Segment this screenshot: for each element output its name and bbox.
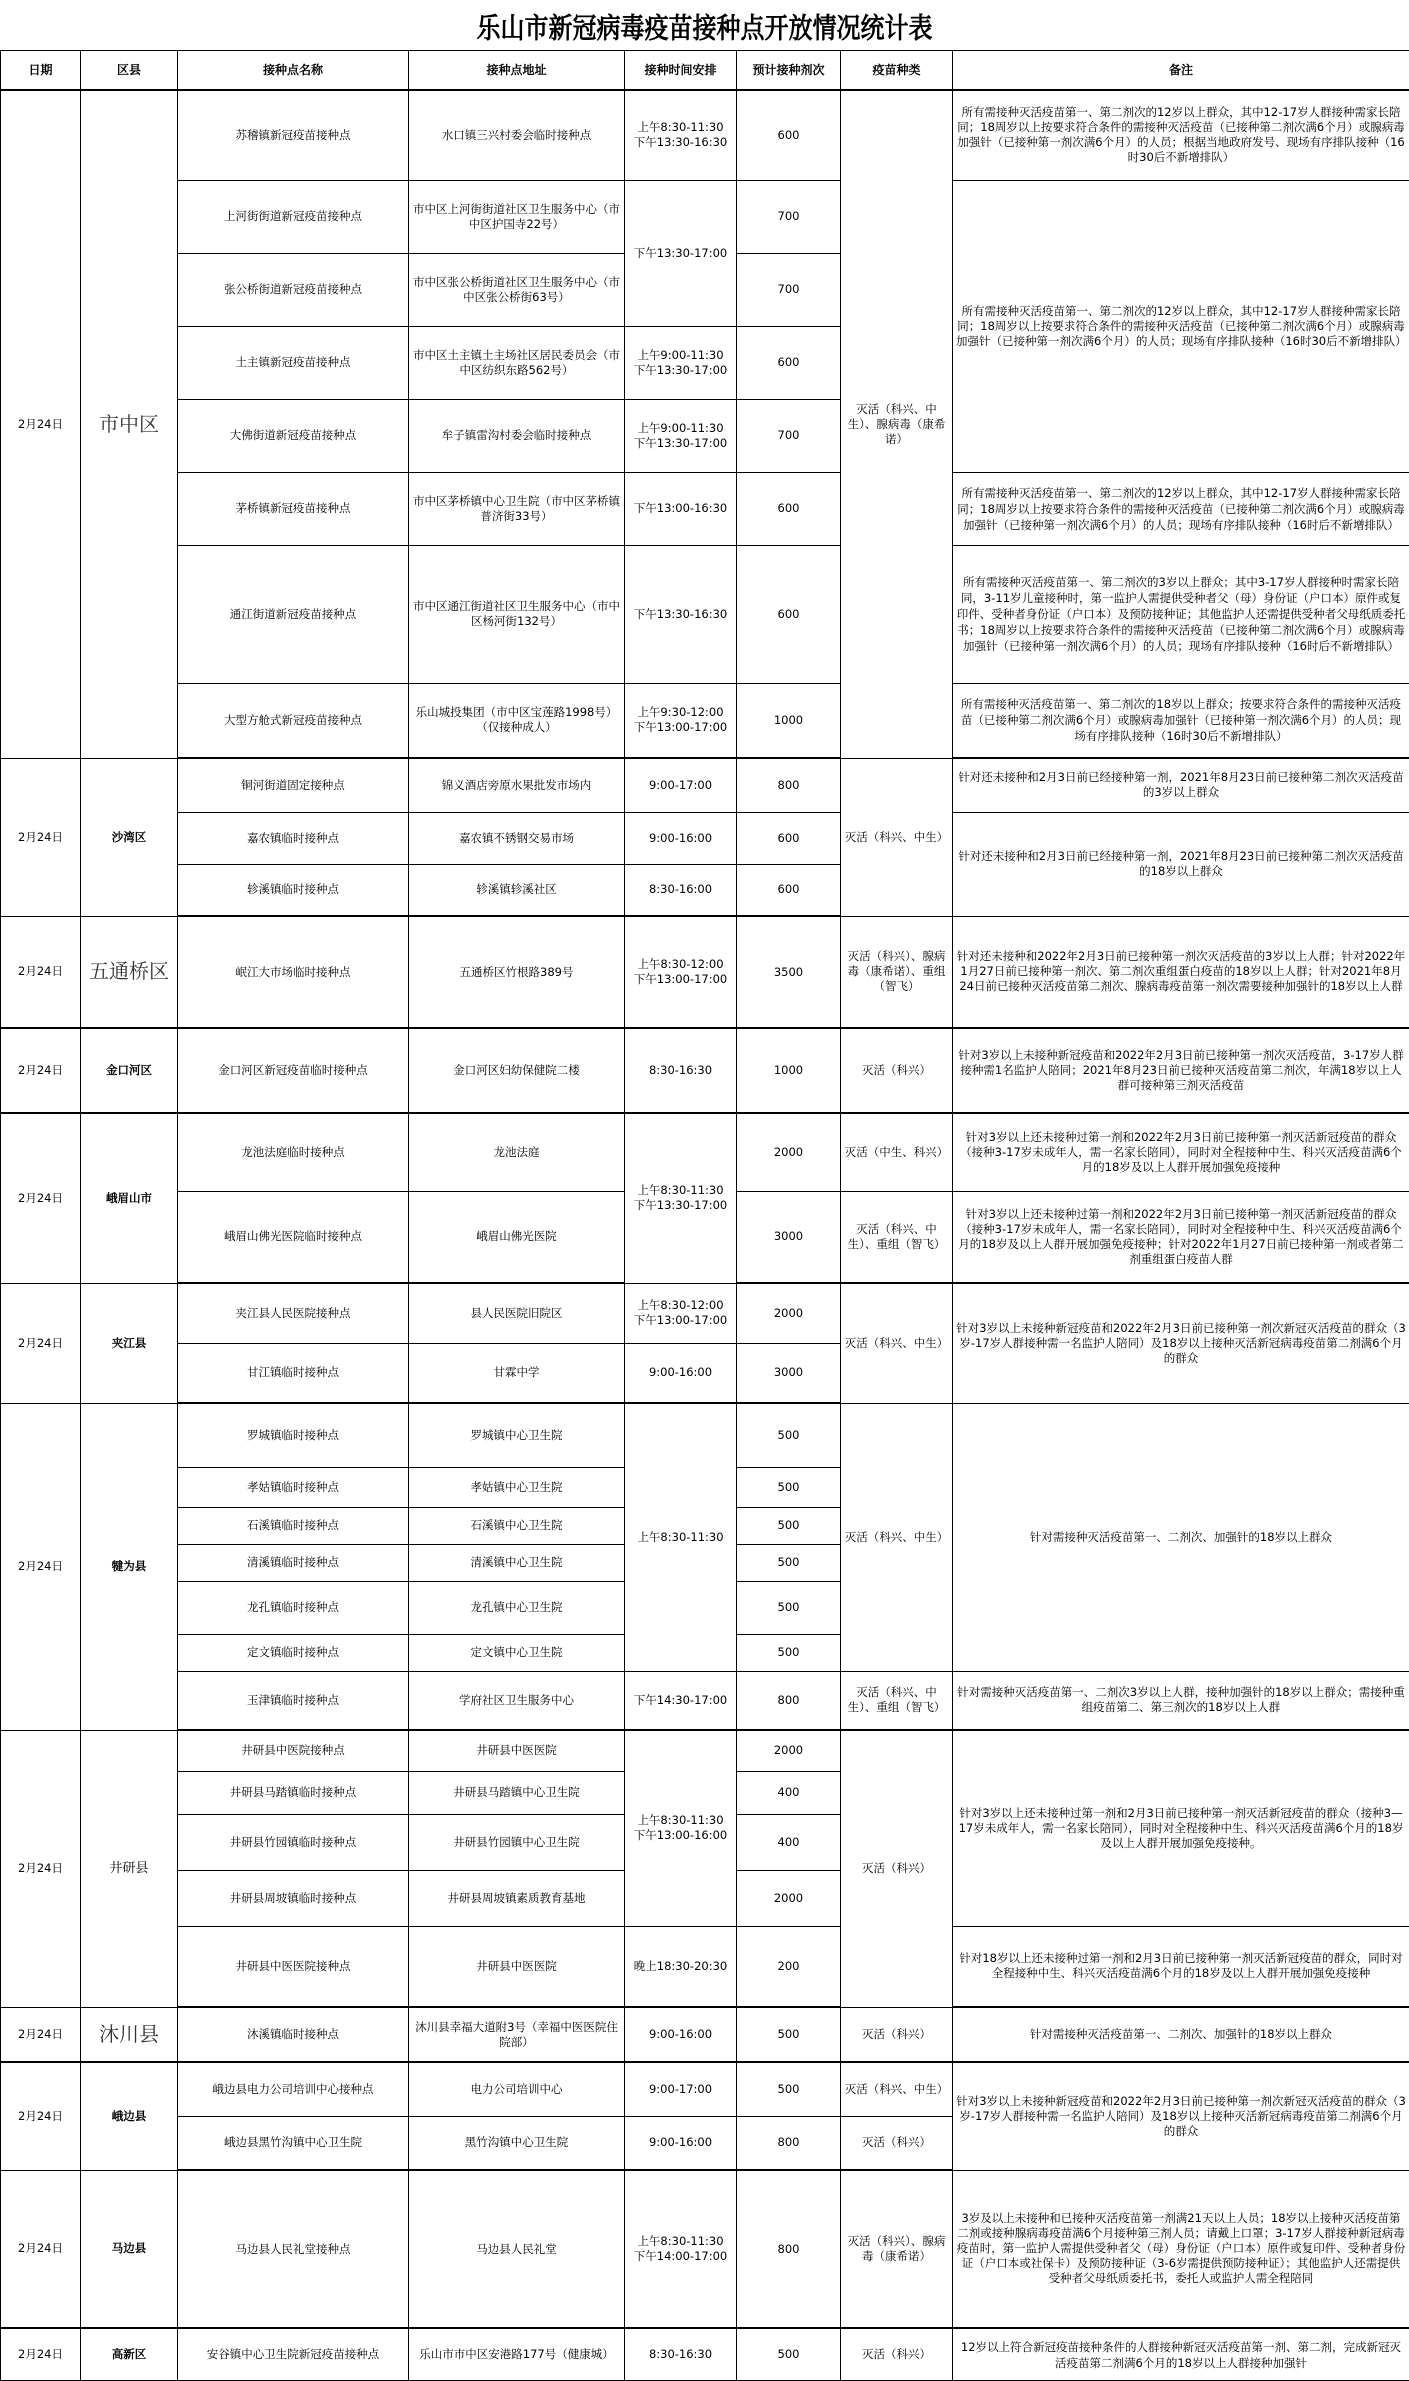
planned-doses: 800 bbox=[737, 2116, 841, 2170]
site-address: 市中区通江街道社区卫生服务中心（市中区杨河街132号） bbox=[409, 545, 625, 683]
notes-cell: 所有需接种灭活疫苗第一、第二剂次的12岁以上群众，其中12-17岁人群接种需家长… bbox=[953, 90, 1409, 180]
date-cell: 2月24日 bbox=[1, 90, 81, 758]
table-row: 2月24日 高新区 安谷镇中心卫生院新冠疫苗接种点 乐山市市中区安港路177号（… bbox=[1, 2328, 1409, 2381]
site-address: 市中区茅桥镇中心卫生院（市中区茅桥镇普济街33号） bbox=[409, 472, 625, 545]
site-name: 清溪镇临时接种点 bbox=[178, 1544, 409, 1581]
vaccine-type: 灭活（科兴） bbox=[841, 1730, 953, 2007]
site-name: 嘉农镇临时接种点 bbox=[178, 812, 409, 864]
table-row: 2月24日 沐川县 沐溪镇临时接种点 沐川县幸福大道附3号（幸福中医医院住院部）… bbox=[1, 2007, 1409, 2062]
vaccination-sites-table: 日期 区县 接种点名称 接种点地址 接种时间安排 预计接种剂次 疫苗种类 备注 … bbox=[0, 50, 1409, 2381]
planned-doses: 3000 bbox=[737, 1343, 841, 1403]
site-name: 井研县中医医院接种点 bbox=[178, 1926, 409, 2007]
notes-cell: 针对3岁以上还未接种过第一剂和2月3日前已接种第一剂灭活新冠疫苗的群众（接种3—… bbox=[953, 1730, 1409, 1926]
vaccine-type: 灭活（科兴、中生） bbox=[841, 2062, 953, 2116]
planned-doses: 800 bbox=[737, 1671, 841, 1730]
planned-doses: 500 bbox=[737, 2328, 841, 2381]
planned-doses: 500 bbox=[737, 1507, 841, 1544]
notes-cell: 针对需接种灭活疫苗第一、二剂次、加强针的18岁以上群众 bbox=[953, 2007, 1409, 2062]
site-name: 龙池法庭临时接种点 bbox=[178, 1113, 409, 1191]
site-address: 牟子镇雷沟村委会临时接种点 bbox=[409, 399, 625, 472]
table-row: 茅桥镇新冠疫苗接种点 市中区茅桥镇中心卫生院（市中区茅桥镇普济街33号） 下午1… bbox=[1, 472, 1409, 545]
header-planned-doses: 预计接种剂次 bbox=[737, 51, 841, 91]
notes-cell: 针对还未接种和2022年2月3日前已接种第一剂次灭活疫苗的3岁以上人群；针对20… bbox=[953, 916, 1409, 1028]
site-address: 定文镇中心卫生院 bbox=[409, 1634, 625, 1671]
site-address: 电力公司培训中心 bbox=[409, 2062, 625, 2116]
site-address: 孝姑镇中心卫生院 bbox=[409, 1467, 625, 1507]
site-name: 龙孔镇临时接种点 bbox=[178, 1581, 409, 1634]
planned-doses: 2000 bbox=[737, 1730, 841, 1771]
vaccine-type: 灭活（科兴） bbox=[841, 2116, 953, 2170]
district-cell: 夹江县 bbox=[81, 1283, 178, 1403]
header-schedule: 接种时间安排 bbox=[625, 51, 737, 91]
planned-doses: 2000 bbox=[737, 1283, 841, 1343]
table-row: 2月24日 五通桥区 岷江大市场临时接种点 五通桥区竹根路389号 上午8:30… bbox=[1, 916, 1409, 1028]
schedule: 9:00-16:00 bbox=[625, 812, 737, 864]
schedule: 9:00-17:00 bbox=[625, 758, 737, 812]
date-cell: 2月24日 bbox=[1, 916, 81, 1028]
district-cell: 五通桥区 bbox=[81, 916, 178, 1028]
site-name: 峨眉山佛光医院临时接种点 bbox=[178, 1191, 409, 1283]
planned-doses: 500 bbox=[737, 1403, 841, 1467]
schedule: 上午8:30-12:00 下午13:00-17:00 bbox=[625, 1283, 737, 1343]
site-address: 井研县中医医院 bbox=[409, 1730, 625, 1771]
site-name: 孝姑镇临时接种点 bbox=[178, 1467, 409, 1507]
planned-doses: 500 bbox=[737, 2007, 841, 2062]
schedule: 上午9:00-11:30 下午13:30-17:00 bbox=[625, 326, 737, 399]
planned-doses: 600 bbox=[737, 90, 841, 180]
notes-cell: 针对18岁以上还未接种过第一剂和2月3日前已接种第一剂灭活新冠疫苗的群众，同时对… bbox=[953, 1926, 1409, 2007]
date-cell: 2月24日 bbox=[1, 1730, 81, 2007]
table-row: 2月24日 峨边县 峨边县电力公司培训中心接种点 电力公司培训中心 9:00-1… bbox=[1, 2062, 1409, 2116]
schedule: 下午13:00-16:30 bbox=[625, 472, 737, 545]
schedule: 上午8:30-11:30 下午13:30-17:00 bbox=[625, 1113, 737, 1283]
planned-doses: 1000 bbox=[737, 683, 841, 758]
site-name: 金口河区新冠疫苗临时接种点 bbox=[178, 1028, 409, 1113]
schedule: 晚上18:30-20:30 bbox=[625, 1926, 737, 2007]
schedule: 8:30-16:30 bbox=[625, 2328, 737, 2381]
planned-doses: 600 bbox=[737, 472, 841, 545]
notes-cell: 针对3岁以上未接种新冠疫苗和2022年2月3日前已接种第一剂次新冠灭活疫苗的群众… bbox=[953, 1283, 1409, 1403]
site-name: 井研县马踏镇临时接种点 bbox=[178, 1771, 409, 1814]
table-row: 2月24日 金口河区 金口河区新冠疫苗临时接种点 金口河区妇幼保健院二楼 8:3… bbox=[1, 1028, 1409, 1113]
schedule: 9:00-16:00 bbox=[625, 2007, 737, 2062]
site-name: 峨边县电力公司培训中心接种点 bbox=[178, 2062, 409, 2116]
site-address: 清溪镇中心卫生院 bbox=[409, 1544, 625, 1581]
site-name: 玉津镇临时接种点 bbox=[178, 1671, 409, 1730]
planned-doses: 400 bbox=[737, 1814, 841, 1870]
site-name: 井研县竹园镇临时接种点 bbox=[178, 1814, 409, 1870]
planned-doses: 200 bbox=[737, 1926, 841, 2007]
site-address: 马边县人民礼堂 bbox=[409, 2170, 625, 2328]
table-row: 2月24日 夹江县 夹江县人民医院接种点 县人民医院旧院区 上午8:30-12:… bbox=[1, 1283, 1409, 1343]
schedule: 下午14:30-17:00 bbox=[625, 1671, 737, 1730]
vaccine-type: 灭活（中生、科兴） bbox=[841, 1113, 953, 1191]
vaccine-type: 灭活（科兴）、腺病毒（康希诺） bbox=[841, 2170, 953, 2328]
site-name: 石溪镇临时接种点 bbox=[178, 1507, 409, 1544]
notes-cell: 针对需接种灭活疫苗第一、二剂次3岁以上人群，接种加强针的18岁以上群众；需接种重… bbox=[953, 1671, 1409, 1730]
site-name: 罗城镇临时接种点 bbox=[178, 1403, 409, 1467]
notes-cell: 针对还未接种和2月3日前已经接种第一剂，2021年8月23日前已接种第二剂次灭活… bbox=[953, 812, 1409, 916]
planned-doses: 1000 bbox=[737, 1028, 841, 1113]
site-address: 学府社区卫生服务中心 bbox=[409, 1671, 625, 1730]
schedule: 下午13:30-17:00 bbox=[625, 180, 737, 326]
site-name: 井研县中医院接种点 bbox=[178, 1730, 409, 1771]
schedule: 上午8:30-11:30 bbox=[625, 1403, 737, 1671]
vaccine-type: 灭活（科兴） bbox=[841, 2007, 953, 2062]
table-row: 大型方舱式新冠疫苗接种点 乐山城投集团（市中区宝莲路1998号）（仅接种成人） … bbox=[1, 683, 1409, 758]
site-name: 马边县人民礼堂接种点 bbox=[178, 2170, 409, 2328]
site-address: 乐山城投集团（市中区宝莲路1998号）（仅接种成人） bbox=[409, 683, 625, 758]
planned-doses: 800 bbox=[737, 2170, 841, 2328]
site-name: 轸溪镇临时接种点 bbox=[178, 864, 409, 916]
planned-doses: 600 bbox=[737, 545, 841, 683]
table-row: 2月24日 马边县 马边县人民礼堂接种点 马边县人民礼堂 上午8:30-11:3… bbox=[1, 2170, 1409, 2328]
vaccine-type: 灭活（科兴） bbox=[841, 2328, 953, 2381]
notes-cell: 针对还未接种和2月3日前已经接种第一剂，2021年8月23日前已接种第二剂次灭活… bbox=[953, 758, 1409, 812]
site-address: 峨眉山佛光医院 bbox=[409, 1191, 625, 1283]
date-cell: 2月24日 bbox=[1, 1283, 81, 1403]
site-address: 龙孔镇中心卫生院 bbox=[409, 1581, 625, 1634]
table-row: 2月24日 井研县 井研县中医院接种点 井研县中医医院 上午8:30-11:30… bbox=[1, 1730, 1409, 1771]
planned-doses: 2000 bbox=[737, 1113, 841, 1191]
site-address: 井研县中医医院 bbox=[409, 1926, 625, 2007]
planned-doses: 700 bbox=[737, 253, 841, 326]
site-address: 县人民医院旧院区 bbox=[409, 1283, 625, 1343]
schedule: 上午8:30-11:30 下午13:00-16:00 bbox=[625, 1730, 737, 1926]
table-row: 嘉农镇临时接种点 嘉农镇不锈钢交易市场 9:00-16:00 600 针对还未接… bbox=[1, 812, 1409, 864]
planned-doses: 500 bbox=[737, 1544, 841, 1581]
schedule: 上午9:30-12:00 下午13:00-17:00 bbox=[625, 683, 737, 758]
planned-doses: 700 bbox=[737, 399, 841, 472]
district-cell: 峨边县 bbox=[81, 2062, 178, 2170]
district-cell: 市中区 bbox=[81, 90, 178, 758]
district-cell: 金口河区 bbox=[81, 1028, 178, 1113]
table-row: 通江街道新冠疫苗接种点 市中区通江街道社区卫生服务中心（市中区杨河街132号） … bbox=[1, 545, 1409, 683]
header-district: 区县 bbox=[81, 51, 178, 91]
vaccine-type: 灭活（科兴） bbox=[841, 1028, 953, 1113]
site-address: 金口河区妇幼保健院二楼 bbox=[409, 1028, 625, 1113]
schedule: 9:00-16:00 bbox=[625, 1343, 737, 1403]
date-cell: 2月24日 bbox=[1, 1403, 81, 1730]
notes-cell: 针对3岁以上未接种新冠疫苗和2022年2月3日前已接种第一剂次灭活疫苗，3-17… bbox=[953, 1028, 1409, 1113]
district-cell: 沐川县 bbox=[81, 2007, 178, 2062]
header-site-address: 接种点地址 bbox=[409, 51, 625, 91]
schedule: 下午13:30-16:30 bbox=[625, 545, 737, 683]
site-name: 井研县周坡镇临时接种点 bbox=[178, 1870, 409, 1926]
site-address: 五通桥区竹根路389号 bbox=[409, 916, 625, 1028]
vaccine-type: 灭活（科兴、中生） bbox=[841, 1403, 953, 1671]
site-name: 大佛街道新冠疫苗接种点 bbox=[178, 399, 409, 472]
schedule: 8:30-16:30 bbox=[625, 1028, 737, 1113]
planned-doses: 3500 bbox=[737, 916, 841, 1028]
notes-cell: 针对3岁以上还未接种过第一剂和2022年2月3日前已接种第一剂灭活新冠疫苗的群众… bbox=[953, 1191, 1409, 1283]
schedule: 上午8:30-11:30 下午14:00-17:00 bbox=[625, 2170, 737, 2328]
site-name: 安谷镇中心卫生院新冠疫苗接种点 bbox=[178, 2328, 409, 2381]
site-address: 沐川县幸福大道附3号（幸福中医医院住院部） bbox=[409, 2007, 625, 2062]
date-cell: 2月24日 bbox=[1, 1028, 81, 1113]
vaccine-type: 灭活（科兴、中生）、腺病毒（康希诺） bbox=[841, 90, 953, 758]
site-name: 峨边县黑竹沟镇中心卫生院 bbox=[178, 2116, 409, 2170]
district-cell: 高新区 bbox=[81, 2328, 178, 2381]
district-cell: 峨眉山市 bbox=[81, 1113, 178, 1283]
site-name: 铜河街道固定接种点 bbox=[178, 758, 409, 812]
site-name: 上河街街道新冠疫苗接种点 bbox=[178, 180, 409, 253]
date-cell: 2月24日 bbox=[1, 2007, 81, 2062]
planned-doses: 600 bbox=[737, 864, 841, 916]
vaccine-type: 灭活（科兴、中生） bbox=[841, 758, 953, 916]
site-address: 井研县周坡镇素质教育基地 bbox=[409, 1870, 625, 1926]
page-title: 乐山市新冠病毒疫苗接种点开放情况统计表 bbox=[0, 0, 1409, 54]
site-address: 龙池法庭 bbox=[409, 1113, 625, 1191]
date-cell: 2月24日 bbox=[1, 758, 81, 916]
site-address: 乐山市市中区安港路177号（健康城） bbox=[409, 2328, 625, 2381]
site-name: 土主镇新冠疫苗接种点 bbox=[178, 326, 409, 399]
notes-cell: 所有需接种灭活疫苗第一、第二剂次的18岁以上群众；按要求符合条件的需接种灭活疫苗… bbox=[953, 683, 1409, 758]
planned-doses: 500 bbox=[737, 1467, 841, 1507]
date-cell: 2月24日 bbox=[1, 2328, 81, 2381]
schedule: 上午8:30-11:30 下午13:30-16:30 bbox=[625, 90, 737, 180]
site-address: 市中区上河街街道社区卫生服务中心（市中区护国寺22号） bbox=[409, 180, 625, 253]
planned-doses: 500 bbox=[737, 1634, 841, 1671]
planned-doses: 600 bbox=[737, 812, 841, 864]
planned-doses: 800 bbox=[737, 758, 841, 812]
site-address: 锦义酒店旁原水果批发市场内 bbox=[409, 758, 625, 812]
site-address: 市中区土主镇土主场社区居民委员会（市中区纺织东路562号） bbox=[409, 326, 625, 399]
vaccine-type: 灭活（科兴、中生） bbox=[841, 1283, 953, 1403]
district-cell: 沙湾区 bbox=[81, 758, 178, 916]
vaccine-type: 灭活（科兴、中生）、重组（智飞） bbox=[841, 1191, 953, 1283]
notes-cell: 针对3岁以上未接种新冠疫苗和2022年2月3日前已接种第一剂次新冠灭活疫苗的群众… bbox=[953, 2062, 1409, 2170]
table-row: 2月24日 峨眉山市 龙池法庭临时接种点 龙池法庭 上午8:30-11:30 下… bbox=[1, 1113, 1409, 1191]
notes-cell: 所有需接种灭活疫苗第一、第二剂次的3岁以上群众；其中3-17岁人群接种时需家长陪… bbox=[953, 545, 1409, 683]
table-header-row: 日期 区县 接种点名称 接种点地址 接种时间安排 预计接种剂次 疫苗种类 备注 bbox=[1, 51, 1409, 91]
notes-cell: 针对3岁以上还未接种过第一剂和2022年2月3日前已接种第一剂灭活新冠疫苗的群众… bbox=[953, 1113, 1409, 1191]
site-name: 定文镇临时接种点 bbox=[178, 1634, 409, 1671]
site-name: 苏稽镇新冠疫苗接种点 bbox=[178, 90, 409, 180]
site-address: 甘霖中学 bbox=[409, 1343, 625, 1403]
notes-cell: 12岁以上符合新冠疫苗接种条件的人群接种新冠灭活疫苗第一剂、第二剂，完成新冠灭活… bbox=[953, 2328, 1409, 2381]
site-name: 张公桥街道新冠疫苗接种点 bbox=[178, 253, 409, 326]
header-date: 日期 bbox=[1, 51, 81, 91]
site-name: 通江街道新冠疫苗接种点 bbox=[178, 545, 409, 683]
planned-doses: 500 bbox=[737, 1581, 841, 1634]
site-address: 轸溪镇轸溪社区 bbox=[409, 864, 625, 916]
site-name: 茅桥镇新冠疫苗接种点 bbox=[178, 472, 409, 545]
planned-doses: 600 bbox=[737, 326, 841, 399]
schedule: 上午9:00-11:30 下午13:30-17:00 bbox=[625, 399, 737, 472]
planned-doses: 500 bbox=[737, 2062, 841, 2116]
notes-cell: 针对需接种灭活疫苗第一、二剂次、加强针的18岁以上群众 bbox=[953, 1403, 1409, 1671]
site-name: 沐溪镇临时接种点 bbox=[178, 2007, 409, 2062]
table-row: 井研县中医医院接种点 井研县中医医院 晚上18:30-20:30 200 针对1… bbox=[1, 1926, 1409, 2007]
notes-cell: 所有需接种灭活疫苗第一、第二剂次的12岁以上群众，其中12-17岁人群接种需家长… bbox=[953, 472, 1409, 545]
site-address: 罗城镇中心卫生院 bbox=[409, 1403, 625, 1467]
site-name: 大型方舱式新冠疫苗接种点 bbox=[178, 683, 409, 758]
header-vaccine-type: 疫苗种类 bbox=[841, 51, 953, 91]
table-row: 玉津镇临时接种点 学府社区卫生服务中心 下午14:30-17:00 800 灭活… bbox=[1, 1671, 1409, 1730]
planned-doses: 2000 bbox=[737, 1870, 841, 1926]
vaccine-type: 灭活（科兴）、腺病毒（康希诺）、重组（智飞） bbox=[841, 916, 953, 1028]
schedule: 8:30-16:00 bbox=[625, 864, 737, 916]
table-row: 2月24日 犍为县 罗城镇临时接种点 罗城镇中心卫生院 上午8:30-11:30… bbox=[1, 1403, 1409, 1467]
date-cell: 2月24日 bbox=[1, 2170, 81, 2328]
site-address: 黑竹沟镇中心卫生院 bbox=[409, 2116, 625, 2170]
district-cell: 马边县 bbox=[81, 2170, 178, 2328]
site-address: 市中区张公桥街道社区卫生服务中心（市中区张公桥街63号） bbox=[409, 253, 625, 326]
date-cell: 2月24日 bbox=[1, 1113, 81, 1283]
header-notes: 备注 bbox=[953, 51, 1409, 91]
table-row: 2月24日 市中区 苏稽镇新冠疫苗接种点 水口镇三兴村委会临时接种点 上午8:3… bbox=[1, 90, 1409, 180]
district-cell: 犍为县 bbox=[81, 1403, 178, 1730]
schedule: 9:00-17:00 bbox=[625, 2062, 737, 2116]
site-address: 嘉农镇不锈钢交易市场 bbox=[409, 812, 625, 864]
table-row: 2月24日 沙湾区 铜河街道固定接种点 锦义酒店旁原水果批发市场内 9:00-1… bbox=[1, 758, 1409, 812]
header-site-name: 接种点名称 bbox=[178, 51, 409, 91]
table-row: 上河街街道新冠疫苗接种点 市中区上河街街道社区卫生服务中心（市中区护国寺22号）… bbox=[1, 180, 1409, 253]
date-cell: 2月24日 bbox=[1, 2062, 81, 2170]
notes-cell: 3岁及以上未接种和已接种灭活疫苗第一剂满21天以上人员；18岁以上接种灭活疫苗第… bbox=[953, 2170, 1409, 2328]
site-name: 岷江大市场临时接种点 bbox=[178, 916, 409, 1028]
site-address: 井研县竹园镇中心卫生院 bbox=[409, 1814, 625, 1870]
district-cell: 井研县 bbox=[81, 1730, 178, 2007]
site-name: 甘江镇临时接种点 bbox=[178, 1343, 409, 1403]
schedule: 9:00-16:00 bbox=[625, 2116, 737, 2170]
planned-doses: 3000 bbox=[737, 1191, 841, 1283]
site-name: 夹江县人民医院接种点 bbox=[178, 1283, 409, 1343]
notes-cell: 所有需接种灭活疫苗第一、第二剂次的12岁以上群众，其中12-17岁人群接种需家长… bbox=[953, 180, 1409, 472]
site-address: 井研县马踏镇中心卫生院 bbox=[409, 1771, 625, 1814]
planned-doses: 400 bbox=[737, 1771, 841, 1814]
vaccine-type: 灭活（科兴、中生）、重组（智飞） bbox=[841, 1671, 953, 1730]
site-address: 水口镇三兴村委会临时接种点 bbox=[409, 90, 625, 180]
site-address: 石溪镇中心卫生院 bbox=[409, 1507, 625, 1544]
schedule: 上午8:30-12:00 下午13:00-17:00 bbox=[625, 916, 737, 1028]
planned-doses: 700 bbox=[737, 180, 841, 253]
